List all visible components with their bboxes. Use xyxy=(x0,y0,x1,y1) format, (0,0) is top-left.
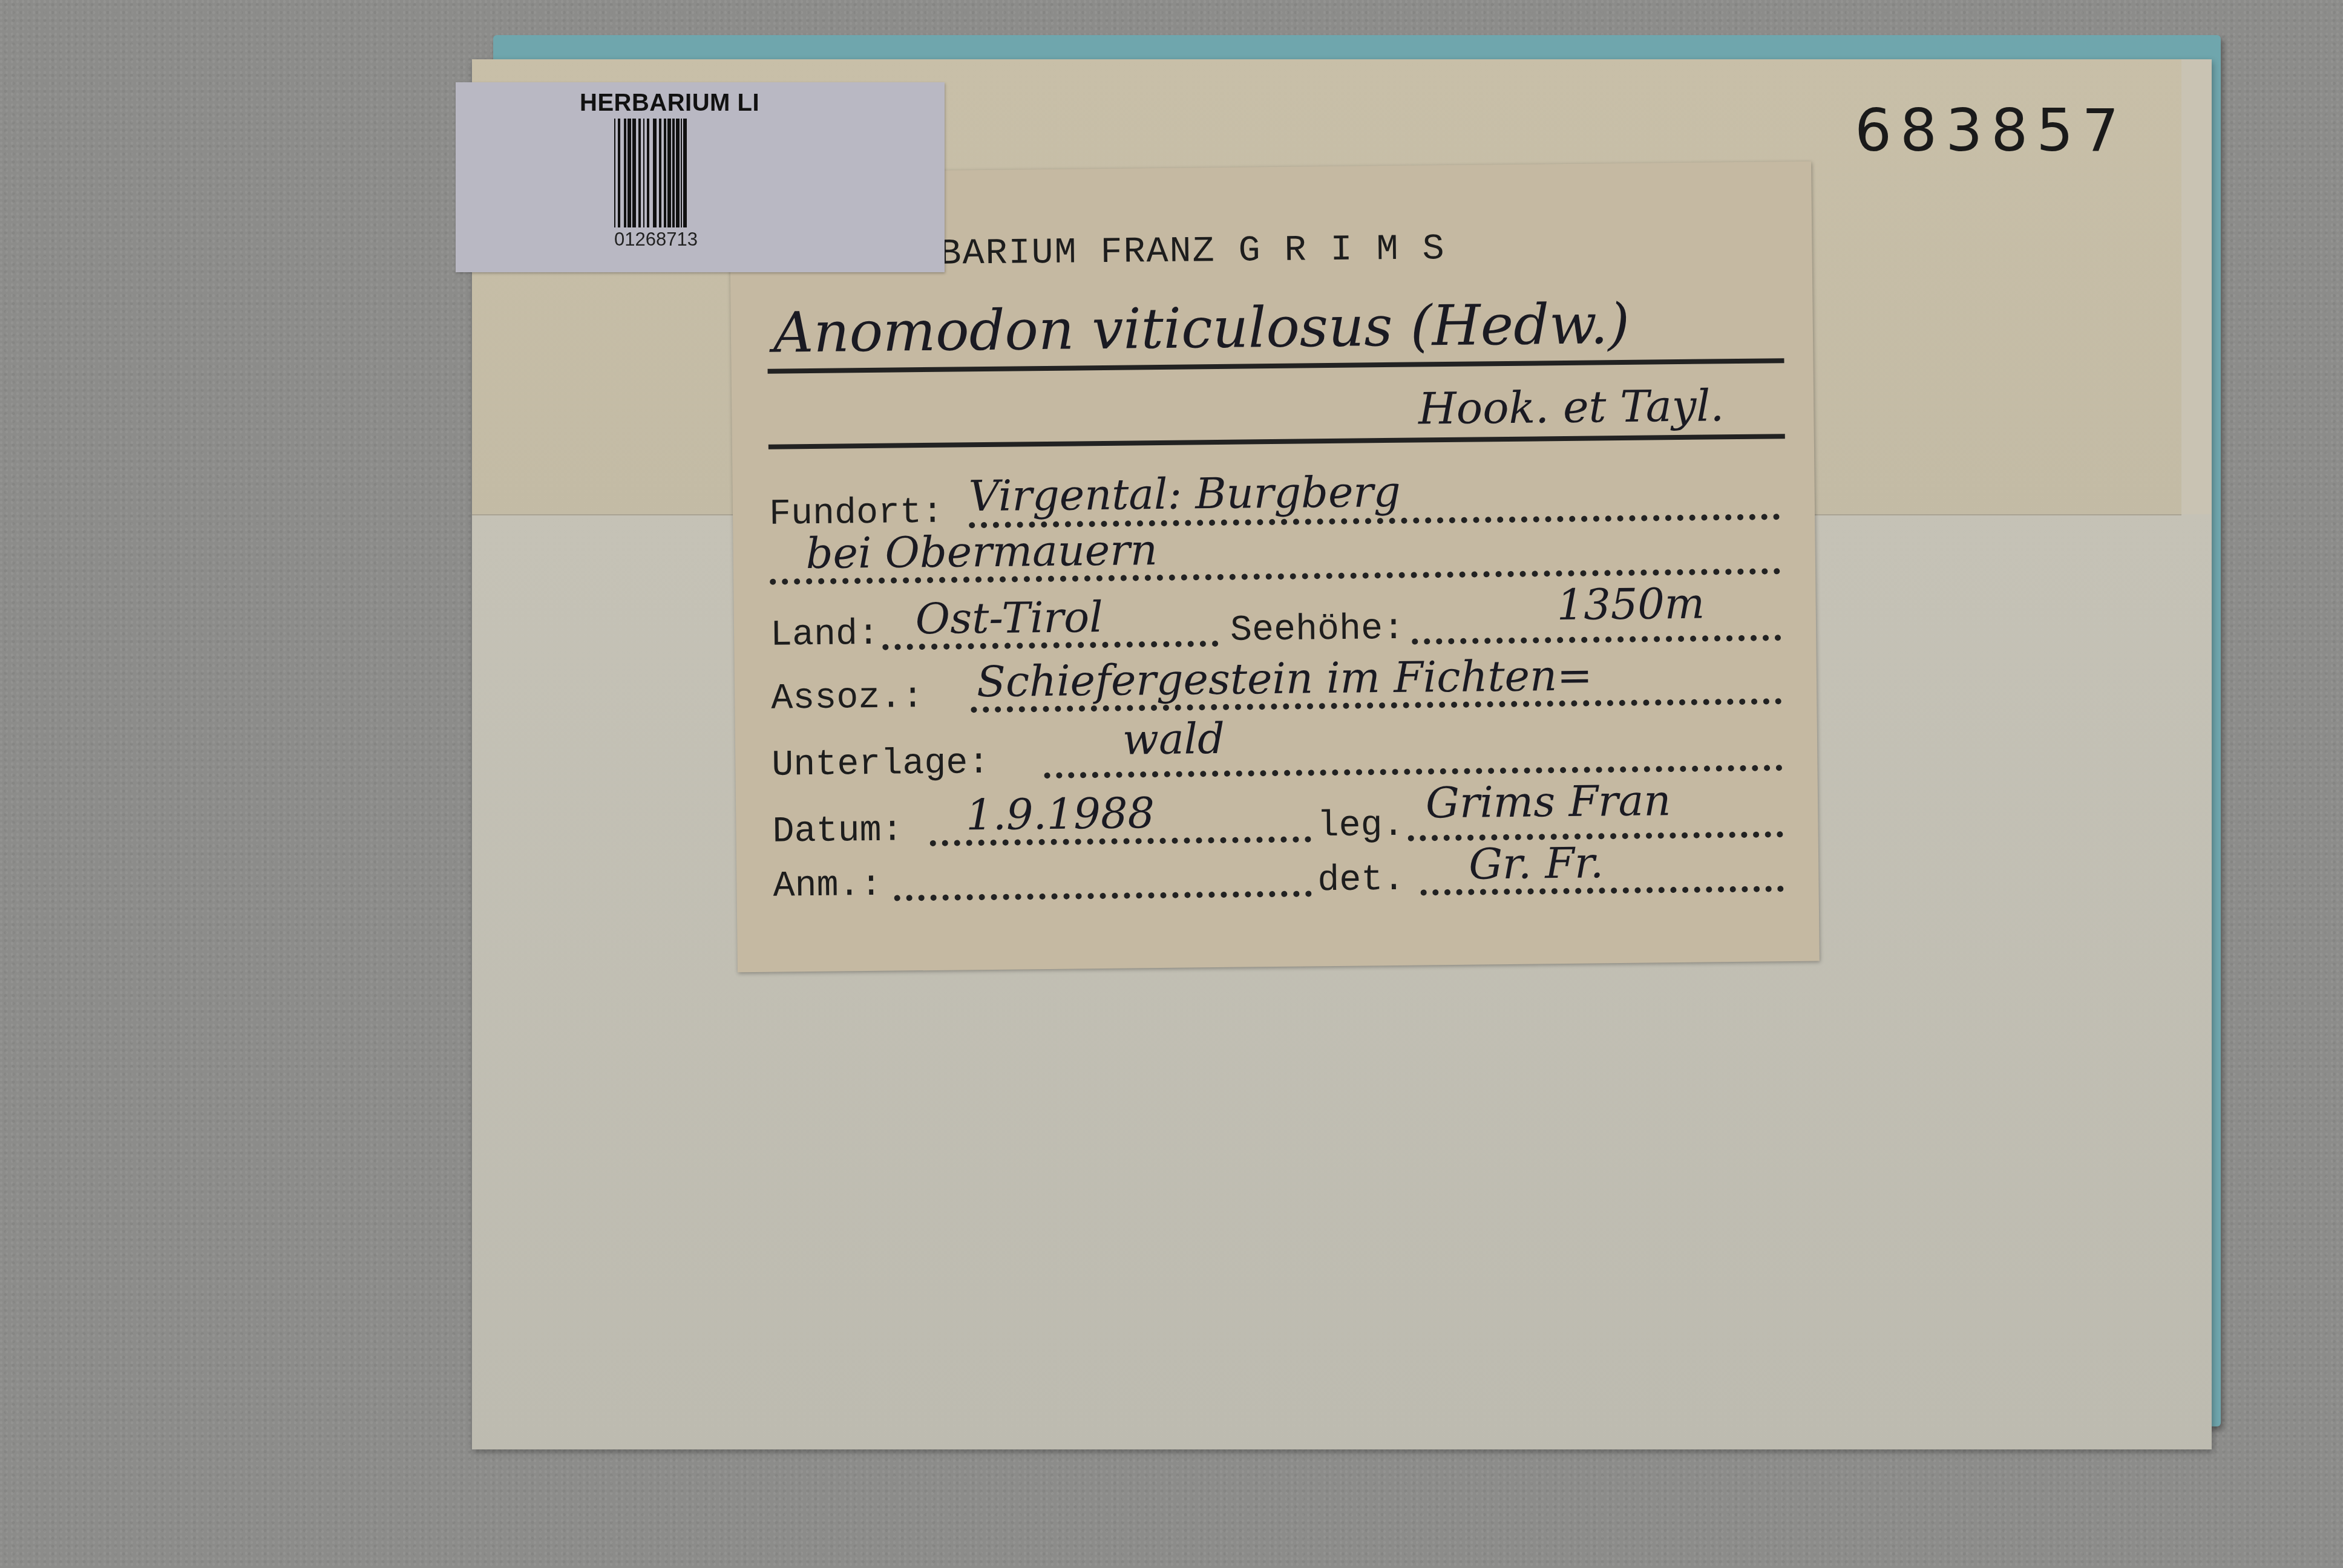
datum-label: Datum: xyxy=(772,810,903,852)
field-anm: Anm.: det. Gr. Fr. xyxy=(773,842,1790,907)
det-label: det. xyxy=(1317,860,1405,902)
field-datum: Datum: 1.9.1988 leg. Grims Fran xyxy=(772,788,1789,853)
fundort-value-line1: Virgental: Burgberg xyxy=(968,467,1401,521)
catalog-number: 683857 xyxy=(1855,97,2127,165)
seehoehe-label: Seehöhe: xyxy=(1230,609,1405,652)
datum-value: 1.9.1988 xyxy=(966,788,1155,840)
unterlage-value: wald xyxy=(1122,714,1225,765)
barcode-number: 01268713 xyxy=(614,229,698,250)
label-header: HERBARIUM FRANZ G R I M S xyxy=(870,229,1446,276)
dotted-line xyxy=(1044,765,1783,779)
specimen-label: HERBARIUM FRANZ G R I M S Anomodon vitic… xyxy=(729,162,1820,973)
assoz-value: Schiefergestein im Fichten= xyxy=(977,651,1593,707)
unterlage-label: Unterlage: xyxy=(772,743,990,786)
taxon-name: Anomodon viticulosus (Hedw.) xyxy=(773,292,1630,365)
taxon-author-line: Hook. et Tayl. xyxy=(768,361,1785,449)
land-value: Ost-Tirol xyxy=(915,592,1103,644)
dotted-line xyxy=(894,890,1312,901)
leg-value: Grims Fran xyxy=(1426,776,1671,828)
barcode-label: HERBARIUM LI 01268713 xyxy=(456,82,945,272)
taxon-author: Hook. et Tayl. xyxy=(1418,380,1725,434)
dotted-line xyxy=(1412,635,1781,644)
assoz-label: Assoz.: xyxy=(771,677,924,720)
fundort-value-line2: bei Obermauern xyxy=(805,525,1158,578)
taxon-name-line: Anomodon viticulosus (Hedw.) xyxy=(767,279,1784,374)
barcode xyxy=(614,119,747,227)
institution-code: HERBARIUM LI xyxy=(580,90,759,117)
field-fundort: Fundort: Virgental: Burgberg xyxy=(768,470,1786,535)
anm-label: Anm.: xyxy=(773,865,882,907)
land-label: Land: xyxy=(770,614,880,656)
seehoehe-value: 1350m xyxy=(1556,579,1705,630)
leg-label: leg. xyxy=(1317,805,1404,848)
det-value: Gr. Fr. xyxy=(1469,838,1604,889)
field-assoz: Assoz.: Schiefergestein im Fichten= xyxy=(771,655,1788,720)
field-land: Land: Ost-Tirol Seehöhe: 1350m xyxy=(770,591,1788,656)
